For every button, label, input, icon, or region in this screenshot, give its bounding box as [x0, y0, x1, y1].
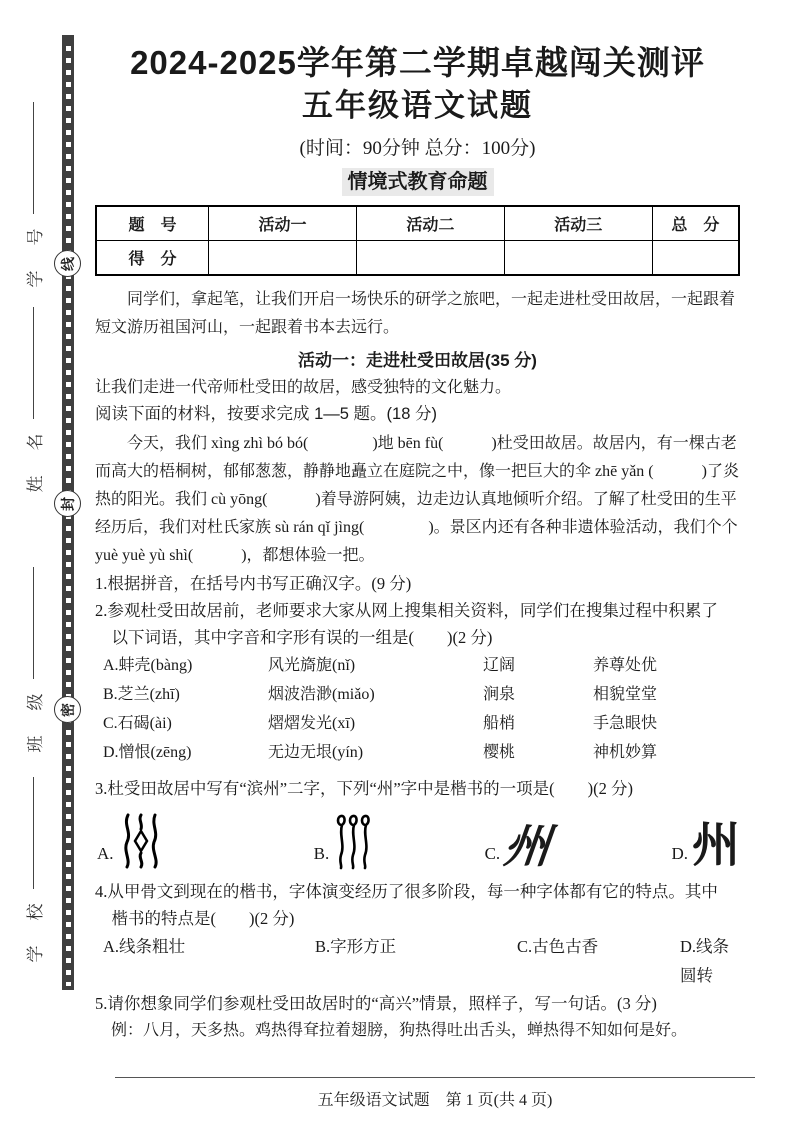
score-cell-activity1 [209, 240, 357, 275]
question-2-stem: 2.参观杜受田故居前，老师要求大家从网上搜集相关资料，同学们在搜集过程中积累了 … [95, 597, 740, 651]
page-footer: 五年级语文试题 第 1 页(共 4 页) [115, 1087, 755, 1110]
question-4-option-a: A.线条粗壮 [103, 932, 315, 990]
score-table-score-row: 得 分 [96, 240, 739, 275]
school-label: 学 校 [21, 900, 46, 963]
name-label: 姓 名 [21, 430, 46, 493]
question-4-options: A.线条粗壮 B.字形方正 C.古色古香 D.线条圆转 [95, 932, 740, 990]
name-field: 姓 名 [13, 300, 53, 500]
activity1-heading: 活动一：走进杜受田故居(35 分) [95, 348, 740, 374]
question-2-option-d: D.憎恨(zēng) 无边无垠(yín) 樱桃 神机妙算 [95, 738, 740, 767]
oracle-bone-zhou-icon [118, 812, 164, 870]
clerical-script-zhou-glyph: 州 [502, 824, 553, 870]
score-table-header-activity1: 活动一 [209, 206, 357, 241]
question-4-option-b: B.字形方正 [315, 932, 517, 990]
seal-char-feng: 封 [54, 490, 81, 517]
seal-script-zhou-icon [333, 812, 373, 870]
question-4-option-c: C.古色古香 [517, 932, 680, 990]
question-3-option-d: D. 州 [671, 822, 740, 870]
question-2-option-b: B.芝兰(zhī) 烟波浩渺(miǎo) 涧泉 相貌堂堂 [95, 680, 740, 709]
question-3-option-b: B. [314, 812, 485, 870]
intro-paragraph: 同学们，拿起笔，让我们开启一场快乐的研学之旅吧，一起走进杜受田故居，一起跟着短文… [95, 286, 740, 342]
question-3-stem: 3.杜受田故居中写有“滨州”二字，下列“州”字中是楷书的一项是( )(2 分) [95, 775, 740, 802]
score-cell-activity3 [504, 240, 652, 275]
footer-divider [115, 1077, 755, 1078]
class-blank-line [33, 568, 34, 680]
score-table-header-activity3: 活动三 [504, 206, 652, 241]
score-table: 题 号 活动一 活动二 活动三 总 分 得 分 [95, 205, 740, 276]
reading-material: 今天，我们 xìng zhì bó bó( )地 bēn fù( )杜受田故居。… [95, 430, 740, 570]
exam-title-line1: 2024-2025学年第二学期卓越闯关测评 [95, 42, 740, 85]
activity1-lead: 让我们走进一代帝师杜受田的故居，感受独特的文化魅力。 [95, 374, 740, 401]
student-number-label: 学 号 [21, 225, 46, 288]
question-1-stem: 1.根据拼音，在括号内书写正确汉字。(9 分) [95, 570, 740, 597]
school-field: 学 校 [13, 770, 53, 970]
question-2-option-a: A.蚌壳(bàng) 风光旖旎(nǐ) 辽阔 养尊处优 [95, 651, 740, 680]
score-table-header-tihao: 题 号 [96, 206, 209, 241]
question-3-option-a: A. [97, 812, 314, 870]
seal-char-mi: 密 [54, 696, 81, 723]
student-number-field: 学 号 [13, 95, 53, 295]
question-2-option-c: C.石碣(ài) 熠熠发光(xī) 船梢 手急眼快 [95, 709, 740, 738]
question-3-option-c: C. 州 [485, 824, 672, 870]
regular-script-zhou-glyph: 州 [692, 822, 740, 870]
school-blank-line [33, 778, 34, 890]
question-4-option-d: D.线条圆转 [680, 932, 740, 990]
question-5-stem: 5.请你想象同学们参观杜受田故居时的“高兴”情景，照样子，写一句话。(3 分) [95, 990, 740, 1017]
student-number-blank-line [33, 103, 34, 215]
exam-page: 2024-2025学年第二学期卓越闯关测评 五年级语文试题 (时间：90分钟 总… [95, 42, 740, 1045]
exam-banner: 情境式教育命题 [342, 168, 494, 196]
score-cell-total [652, 240, 739, 275]
seal-char-xian: 线 [54, 250, 81, 277]
exam-time-score-meta: (时间：90分钟 总分：100分) [95, 133, 740, 160]
exam-title-line2: 五年级语文试题 [95, 85, 740, 127]
score-table-header-row: 题 号 活动一 活动二 活动三 总 分 [96, 206, 739, 241]
score-table-header-total: 总 分 [652, 206, 739, 241]
score-cell-activity2 [356, 240, 504, 275]
score-row-label: 得 分 [96, 240, 209, 275]
class-label: 班 级 [21, 690, 46, 753]
question-3-options: A. B. C. 州 [97, 808, 740, 870]
activity1-instruction: 阅读下面的材料，按要求完成 1—5 题。(18 分) [95, 401, 740, 428]
class-field: 班 级 [13, 560, 53, 760]
question-4-stem: 4.从甲骨文到现在的楷书，字体演变经历了很多阶段，每一种字体都有它的特点。其中 … [95, 878, 740, 932]
score-table-header-activity2: 活动二 [356, 206, 504, 241]
name-blank-line [33, 308, 34, 420]
question-5-example: 例：八月，天多热。鸡热得耷拉着翅膀，狗热得吐出舌头，蝉热得不知如何是好。 [95, 1017, 740, 1045]
